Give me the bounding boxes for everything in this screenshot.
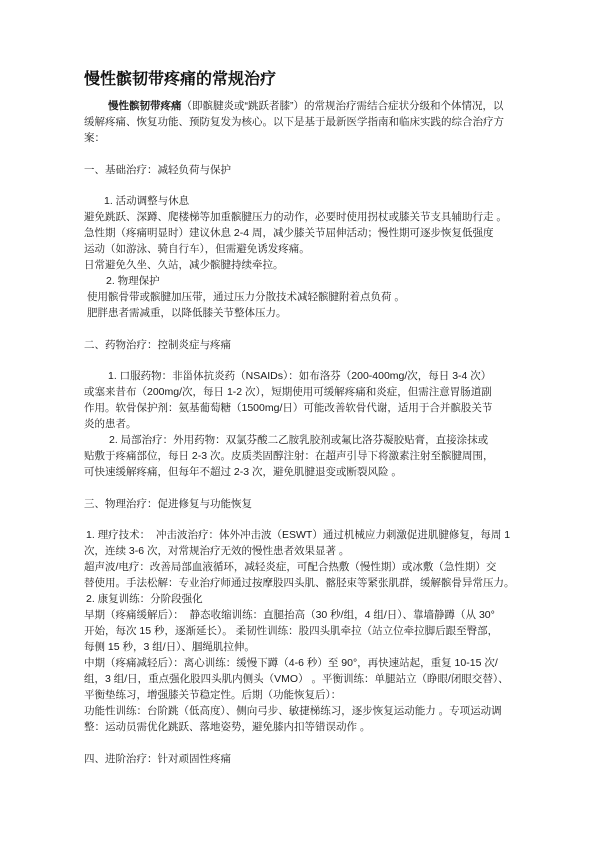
text-line: 2. 康复训练：分阶段强化 — [84, 591, 515, 607]
section-heading-medication: 二、药物治疗：控制炎症与疼痛 — [84, 337, 515, 353]
section-heading-basic-treatment: 一、基础治疗：减轻负荷与保护 — [84, 162, 515, 178]
text-line: 作用。软骨保护剂：氨基葡萄糖（1500mg/日）可能改善软骨代谢，适用于合并髌股… — [84, 400, 515, 416]
text-line: 次，连续 3-6 次，对常规治疗无效的慢性患者效果显著 。 — [84, 543, 515, 559]
text-line: 1. 活动调整与休息 — [84, 193, 515, 209]
text-line: 或塞来昔布（200mg/次，每日 1-2 次），短期使用可缓解疼痛和炎症，但需注… — [84, 384, 515, 400]
text-line: 超声波/电疗：改善局部血液循环，减轻炎症，可配合热敷（慢性期）或冰敷（急性期）交 — [84, 559, 515, 575]
text-line: 日常避免久坐、久站，减少髌腱持续牵拉。 — [84, 257, 515, 273]
text-line: 替使用。手法松解：专业治疗师通过按摩股四头肌、髂胫束等紧张肌群，缓解髌骨异常压力… — [84, 575, 515, 591]
text-line: 可快速缓解疼痛，但每年不超过 2-3 次，避免肌腱退变或断裂风险 。 — [84, 464, 515, 480]
intro-line: 缓解疼痛、恢复功能、预防复发为核心。以下是基于最新医学指南和临床实践的综合治疗方 — [84, 114, 515, 130]
text-line: 中期（疼痛减轻后）：离心训练：缓慢下蹲（4-6 秒）至 90°，再快速站起，重复… — [84, 655, 515, 671]
text-line: 功能性训练：台阶跳（低高度）、侧向弓步、敏捷梯练习，逐步恢复运动能力 。专项运动… — [84, 703, 515, 719]
text-line: 避免跳跃、深蹲、爬楼梯等加重髌腱压力的动作，必要时使用拐杖或膝关节支具辅助行走 … — [84, 209, 515, 225]
text-line: 贴敷于疼痛部位，每日 2-3 次。皮质类固醇注射：在超声引导下将激素注射至髌腱周… — [84, 448, 515, 464]
text-line: 2. 局部治疗：外用药物：双氯芬酸二乙胺乳胶剂或氟比洛芬凝胶贴膏，直接涂抹或 — [84, 432, 515, 448]
intro-lead-bold: 慢性髌韧带疼痛 — [108, 100, 182, 112]
text-line: 使用髌骨带或髌腱加压带，通过压力分散技术减轻髌腱附着点负荷 。 — [84, 289, 515, 305]
text-line: 1. 口服药物：非甾体抗炎药（NSAIDs）：如布洛芬（200-400mg/次，… — [84, 368, 515, 384]
section-body-basic-treatment: 1. 活动调整与休息 避免跳跃、深蹲、爬楼梯等加重髌腱压力的动作，必要时使用拐杖… — [84, 193, 515, 321]
text-line: 1. 理疗技术： 冲击波治疗：体外冲击波（ESWT）通过机械应力刺激促进肌腱修复… — [84, 527, 515, 543]
text-line: 开始，每次 15 秒，逐渐延长）。 柔韧性训练：股四头肌牵拉（站立位牵拉脚后跟至… — [84, 623, 515, 639]
intro-line-rest: （即髌腱炎或“跳跃者膝”）的常规治疗需结合症状分级和个体情况，以 — [182, 100, 504, 112]
text-line: 整：运动员需优化跳跃、落地姿势，避免膝内扣等错误动作 。 — [84, 719, 515, 735]
document-page: 慢性髌韧带疼痛的常规治疗 慢性髌韧带疼痛（即髌腱炎或“跳跃者膝”）的常规治疗需结… — [0, 0, 595, 841]
section-heading-physiotherapy: 三、物理治疗：促进修复与功能恢复 — [84, 496, 515, 512]
text-line: 平衡垫练习，增强膝关节稳定性。后期（功能恢复后）： — [84, 687, 515, 703]
section-heading-advanced-treatment: 四、进阶治疗：针对顽固性疼痛 — [84, 751, 515, 767]
section-body-medication: 1. 口服药物：非甾体抗炎药（NSAIDs）：如布洛芬（200-400mg/次，… — [84, 368, 515, 480]
document-title: 慢性髌韧带疼痛的常规治疗 — [84, 70, 515, 90]
intro-paragraph: 慢性髌韧带疼痛（即髌腱炎或“跳跃者膝”）的常规治疗需结合症状分级和个体情况，以 … — [84, 98, 515, 146]
text-line: 炎的患者。 — [84, 416, 515, 432]
section-body-physiotherapy: 1. 理疗技术： 冲击波治疗：体外冲击波（ESWT）通过机械应力刺激促进肌腱修复… — [84, 527, 515, 735]
text-line: 每侧 15 秒，3 组/日）、腘绳肌拉伸。 — [84, 639, 515, 655]
text-line: 早期（疼痛缓解后）： 静态收缩训练：直腿抬高（30 秒/组，4 组/日）、靠墙静… — [84, 607, 515, 623]
text-line: 组，3 组/日，重点强化股四头肌内侧头（VMO） 。平衡训练：单腿站立（睁眼/闭… — [84, 671, 515, 687]
text-line: 急性期（疼痛明显时）建议休息 2-4 周，减少膝关节屈伸活动；慢性期可逐步恢复低… — [84, 225, 515, 241]
text-line: 2. 物理保护 — [84, 273, 515, 289]
text-line: 运动（如游泳、骑自行车），但需避免诱发疼痛。 — [84, 241, 515, 257]
text-line: 肥胖患者需减重，以降低膝关节整体压力。 — [84, 305, 515, 321]
intro-line: 案： — [84, 130, 515, 146]
intro-line: 慢性髌韧带疼痛（即髌腱炎或“跳跃者膝”）的常规治疗需结合症状分级和个体情况，以 — [84, 98, 515, 114]
